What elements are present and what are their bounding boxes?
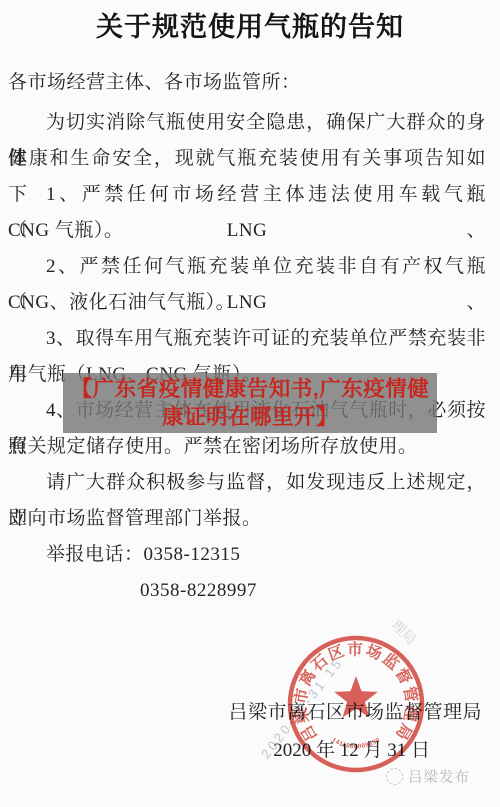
body-line: 即向市场监督管理部门举报。 xyxy=(8,501,486,537)
banner-line-1: 【广东省疫情健康告知书,广东疫情健 xyxy=(63,375,437,403)
body-line: 各市场经营主体、各市场监管所： xyxy=(8,65,486,101)
body-line: 为切实消除气瓶使用安全隐患，确保广大群众的身体 xyxy=(8,105,486,141)
star-icon xyxy=(334,676,378,718)
notice-title: 关于规范使用气瓶的告知 xyxy=(0,5,500,44)
document-body: 各市场经营主体、各市场监管所：为切实消除气瓶使用安全隐患，确保广大群众的身体健康… xyxy=(8,65,486,609)
seal-serial-number: 1411008009830 xyxy=(330,736,381,751)
body-line: 举报电话：0358-12315 xyxy=(8,537,486,573)
notice-page: 关于规范使用气瓶的告知 各市场经营主体、各市场监管所：为切实消除气瓶使用安全隐患… xyxy=(0,0,500,807)
official-seal: 吕梁市离石区市场监督管理局 1411008009830 xyxy=(281,629,431,779)
body-line: 1、严禁任何市场经营主体违法使用车载气瓶（LNG、 xyxy=(8,177,486,213)
body-line: 请广大群众积极参与监督，如发现违反上述规定，立 xyxy=(8,465,486,501)
body-line: 健康和生命安全，现就气瓶充装使用有关事项告知如下： xyxy=(8,141,486,177)
body-line: 0358-8228997 xyxy=(8,573,486,609)
body-line: 有关规定储存使用。严禁在密闭场所存放使用。 xyxy=(8,429,486,465)
body-line: 2、严禁任何气瓶充装单位充装非自有产权气瓶（LNG、 xyxy=(8,249,486,285)
banner-line-2: 康证明在哪里开】 xyxy=(63,403,437,431)
injected-text-banner: 【广东省疫情健康告知书,广东疫情健 康证明在哪里开】 xyxy=(63,373,437,433)
body-line: 3、取得车用气瓶充装许可证的充装单位严禁充装非车 xyxy=(8,321,486,357)
